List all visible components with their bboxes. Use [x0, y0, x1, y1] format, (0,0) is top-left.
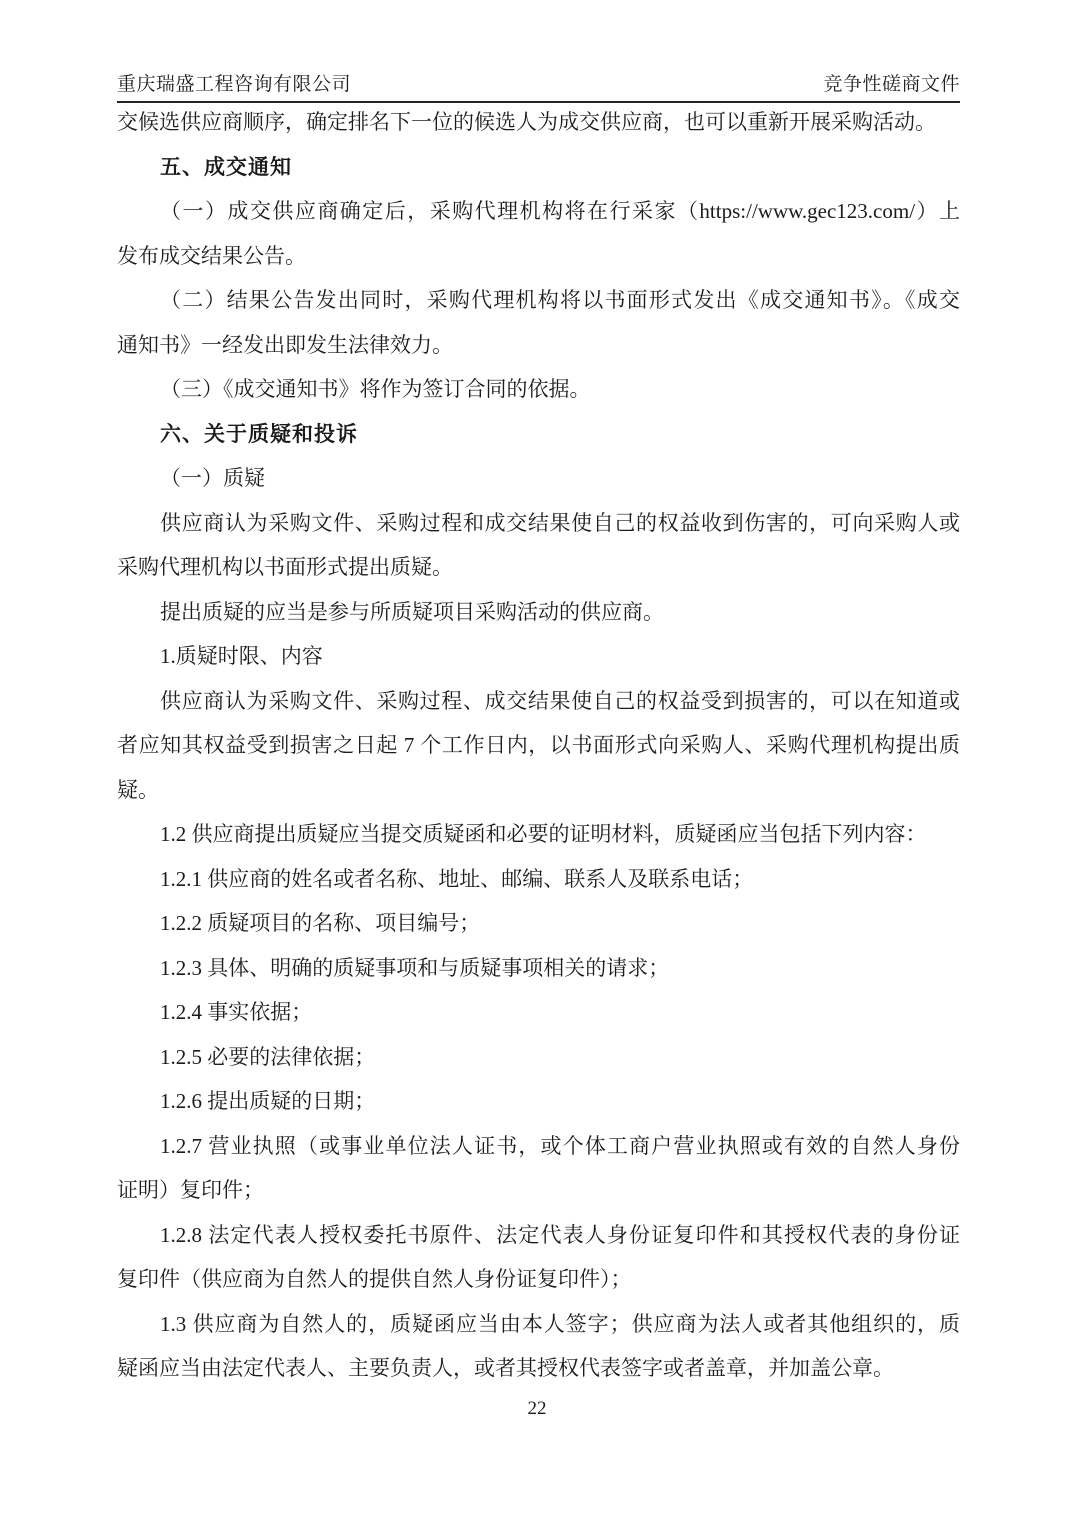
document-page: 重庆瑞盛工程咨询有限公司 竞争性磋商文件 交候选供应商顺序，确定排名下一位的候选… [0, 0, 1074, 1520]
paragraph: 1.2 供应商提出质疑应当提交质疑函和必要的证明材料，质疑函应当包括下列内容： [117, 812, 960, 857]
text-line: 1.3 供应商为自然人的，质疑函应当由本人签字；供应商为法人或者其他组织的，质 [117, 1302, 960, 1347]
text-line: 1.2.4 事实依据； [117, 990, 960, 1035]
text-line: 1.2.3 具体、明确的质疑事项和与质疑事项相关的请求； [117, 946, 960, 991]
document-body: 交候选供应商顺序，确定排名下一位的候选人为成交供应商，也可以重新开展采购活动。 … [117, 100, 960, 1391]
text-line: 发布成交结果公告。 [117, 234, 960, 279]
text-line: 疑函应当由法定代表人、主要负责人，或者其授权代表签字或者盖章，并加盖公章。 [117, 1346, 960, 1391]
text-line: （二）结果公告发出同时，采购代理机构将以书面形式发出《成交通知书》。《成交 [117, 278, 960, 323]
paragraph: 1.2.7 营业执照（或事业单位法人证书，或个体工商户营业执照或有效的自然人身份… [117, 1124, 960, 1213]
paragraph-continuation: 交候选供应商顺序，确定排名下一位的候选人为成交供应商，也可以重新开展采购活动。 [117, 100, 960, 145]
text-line: 交候选供应商顺序，确定排名下一位的候选人为成交供应商，也可以重新开展采购活动。 [117, 100, 960, 145]
paragraph: 1.2.6 提出质疑的日期； [117, 1079, 960, 1124]
heading-text: 五、成交通知 [117, 145, 960, 190]
header-company-name: 重庆瑞盛工程咨询有限公司 [117, 72, 351, 98]
header-doc-type: 竞争性磋商文件 [823, 72, 960, 98]
text-line: 通知书》一经发出即发生法律效力。 [117, 323, 960, 368]
text-line: 提出质疑的应当是参与所质疑项目采购活动的供应商。 [117, 590, 960, 635]
section-heading-5: 五、成交通知 [117, 145, 960, 190]
heading-text: 六、关于质疑和投诉 [117, 412, 960, 457]
text-line: 1.2.7 营业执照（或事业单位法人证书，或个体工商户营业执照或有效的自然人身份 [117, 1124, 960, 1169]
text-line: 者应知其权益受到损害之日起 7 个工作日内，以书面形式向采购人、采购代理机构提出… [117, 723, 960, 768]
text-line: （一）质疑 [117, 456, 960, 501]
paragraph: 1.2.1 供应商的姓名或者名称、地址、邮编、联系人及联系电话； [117, 857, 960, 902]
text-line: 1.2 供应商提出质疑应当提交质疑函和必要的证明材料，质疑函应当包括下列内容： [117, 812, 960, 857]
paragraph: 1.2.2 质疑项目的名称、项目编号； [117, 901, 960, 946]
page-header: 重庆瑞盛工程咨询有限公司 竞争性磋商文件 [117, 72, 960, 103]
paragraph: （一）成交供应商确定后，采购代理机构将在行采家（https://www.gec1… [117, 189, 960, 278]
paragraph: （二）结果公告发出同时，采购代理机构将以书面形式发出《成交通知书》。《成交 通知… [117, 278, 960, 367]
paragraph: 1.3 供应商为自然人的，质疑函应当由本人签字；供应商为法人或者其他组织的，质 … [117, 1302, 960, 1391]
paragraph: 供应商认为采购文件、采购过程和成交结果使自己的权益收到伤害的，可向采购人或 采购… [117, 501, 960, 590]
text-line: 供应商认为采购文件、采购过程和成交结果使自己的权益收到伤害的，可向采购人或 [117, 501, 960, 546]
paragraph: 1.2.3 具体、明确的质疑事项和与质疑事项相关的请求； [117, 946, 960, 991]
text-line: 供应商认为采购文件、采购过程、成交结果使自己的权益受到损害的，可以在知道或 [117, 679, 960, 724]
header-row: 重庆瑞盛工程咨询有限公司 竞争性磋商文件 [117, 72, 960, 98]
text-line: 1.2.6 提出质疑的日期； [117, 1079, 960, 1124]
paragraph: 供应商认为采购文件、采购过程、成交结果使自己的权益受到损害的，可以在知道或 者应… [117, 679, 960, 813]
paragraph: 1.质疑时限、内容 [117, 634, 960, 679]
section-heading-6: 六、关于质疑和投诉 [117, 412, 960, 457]
text-line: 1.质疑时限、内容 [117, 634, 960, 679]
text-line: 1.2.1 供应商的姓名或者名称、地址、邮编、联系人及联系电话； [117, 857, 960, 902]
page-number: 22 [528, 1398, 547, 1419]
paragraph: 1.2.4 事实依据； [117, 990, 960, 1035]
text-line: 疑。 [117, 768, 960, 813]
paragraph: 1.2.5 必要的法律依据； [117, 1035, 960, 1080]
text-line: 复印件（供应商为自然人的提供自然人身份证复印件）； [117, 1257, 960, 1302]
text-line: 1.2.5 必要的法律依据； [117, 1035, 960, 1080]
text-line: 证明）复印件； [117, 1168, 960, 1213]
text-line: （一）成交供应商确定后，采购代理机构将在行采家（https://www.gec1… [117, 189, 960, 234]
text-line: （三）《成交通知书》将作为签订合同的依据。 [117, 367, 960, 412]
paragraph: 提出质疑的应当是参与所质疑项目采购活动的供应商。 [117, 590, 960, 635]
text-line: 1.2.2 质疑项目的名称、项目编号； [117, 901, 960, 946]
text-line: 采购代理机构以书面形式提出质疑。 [117, 545, 960, 590]
paragraph: （三）《成交通知书》将作为签订合同的依据。 [117, 367, 960, 412]
paragraph: （一）质疑 [117, 456, 960, 501]
paragraph: 1.2.8 法定代表人授权委托书原件、法定代表人身份证复印件和其授权代表的身份证… [117, 1213, 960, 1302]
page-footer: 22 [0, 1396, 1074, 1422]
text-line: 1.2.8 法定代表人授权委托书原件、法定代表人身份证复印件和其授权代表的身份证 [117, 1213, 960, 1258]
